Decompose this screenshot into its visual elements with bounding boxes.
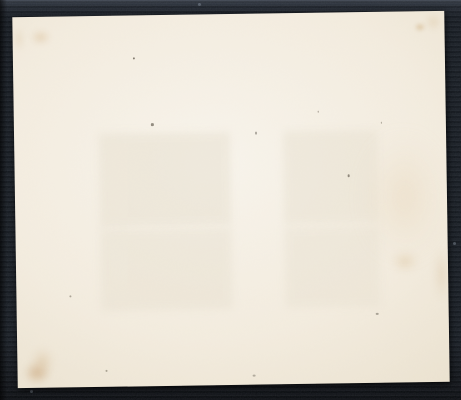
paper-speck [253,375,255,377]
mount-fleck [453,242,456,245]
paper-speck [347,175,349,177]
paper-speck [255,132,258,135]
paper-speck [376,313,379,316]
paper-speck [106,370,108,372]
mount-fleck [198,3,201,6]
paper-speck [151,123,153,125]
paper-speck [133,57,135,59]
speck-layer [12,11,449,388]
mount-fleck [30,390,33,393]
paper-speck [381,122,383,124]
photo-stamp-sheet-reverse [0,0,461,400]
paper-speck [317,111,319,113]
paper-sheet [12,11,449,388]
paper-speck [70,295,72,297]
